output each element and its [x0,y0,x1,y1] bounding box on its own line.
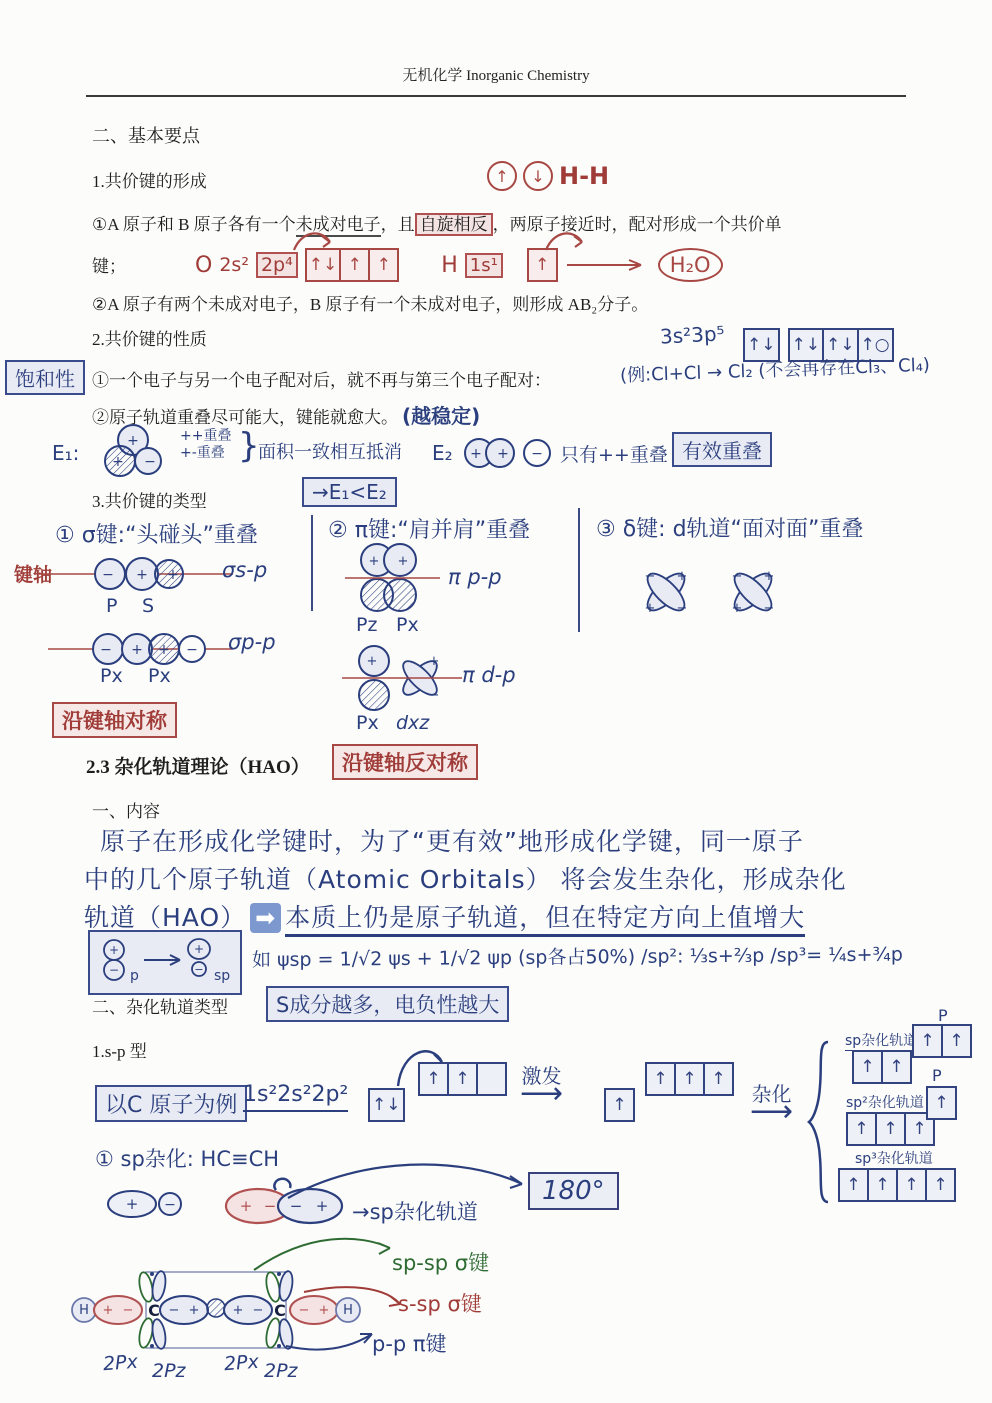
hao-content-heading: 一、内容 [92,797,160,822]
hao-para-line3-b: 本质上仍是原子轨道，但在特定方向上值增大 [285,903,805,937]
plus-sign: + [677,569,688,584]
spin-annotation: ↑ ↓ H-H [487,161,609,191]
orbital-cell: ↑ [927,1170,954,1200]
sp-components-diagram: + − [102,1182,202,1227]
orbital-cell [478,1064,505,1094]
angle-arrow-icon [272,1156,532,1200]
spin-down-icon: ↓ [523,161,553,191]
pi-pp-label: π p-p [448,565,502,589]
sigma-pp-diagram: − + + − [48,625,238,673]
hydrogen-1s-config: 1s¹ [465,253,503,278]
oxygen-2p-boxes: ↑↓ ↑ ↑ [305,248,400,282]
px-orbital-label: Px [356,712,379,734]
e1-overlap-diagram: + + − [93,423,173,481]
excitation-arrow-icon: ⟶ [520,1079,563,1109]
plus-sign: + [240,1197,253,1215]
orbital-cell: ↑ [928,1088,955,1118]
plus-sign: + [429,654,440,669]
carbon-example-box: 以C 原子为例 [95,1085,247,1122]
sigma-pp-label: σp-p [228,630,276,654]
orbital-cell: ↑ [883,1052,910,1082]
orbital-cell: ↑ [606,1090,633,1120]
px-orbital-label: Px [148,665,171,687]
pi-column-title: ② π键:“肩并肩”重叠 [328,513,530,544]
bond-angle-box: 180° [528,1172,619,1210]
carbon-2p-after-boxes: ↑ ↑ ↑ [645,1062,734,1096]
minus-sign: − [123,1303,134,1318]
p1-highlight-box: 自旋相反 [415,213,493,236]
orbital-label-2px: 2Px [102,1351,138,1375]
header-rule [86,95,906,97]
orbital-cell: ↑ [341,250,370,280]
sp-option-p-label: P [938,1006,948,1025]
plus-sign: + [109,943,119,957]
minus-sign: − [100,642,112,658]
orbital-cell: ↑ [705,1064,732,1094]
overlap-plus-minus: +-重叠 [180,445,231,462]
column-divider [578,508,580,632]
pi-pp-diagram: + + [345,543,445,613]
orbital-cell: ↑ [420,1064,449,1094]
minus-sign: − [169,1303,180,1318]
orbital-cell: ↑↓ [745,330,778,360]
minus-sign: − [531,446,543,462]
p-label: p [130,968,139,984]
plus-sign: + [158,642,170,658]
types-heading: 3.共价键的类型 [92,487,207,512]
orbital-cell: ↑ [840,1170,869,1200]
curved-arrow-icon [542,226,588,252]
orbital-cell: ↑↓ [370,1090,403,1120]
p-to-sp-box: + − p + − sp [88,930,242,995]
sp-option-boxes: ↑ ↑ [852,1050,912,1084]
formation-paragraph-2: ②A 原子有两个未成对电子，B 原子有一个未成对电子，则形成 AB₂分子。 [92,290,648,315]
dxz-orbital-label: dxz [396,712,429,734]
spsp-sigma-bond-label: sp-sp σ键 [392,1247,489,1277]
hao-para-line2: 中的几个原子轨道（Atomic Orbitals） 将会发生杂化，形成杂化 [84,860,847,896]
s-character-note: S成分越多，电负性越大 [266,986,509,1022]
brace-glyph: } [238,426,260,466]
carbon-2s-box: ↑↓ [368,1088,405,1122]
minus-sign: − [164,1197,176,1213]
plus-sign: + [764,569,775,584]
stability-note: (越稳定) [402,404,480,428]
orbital-label-2px: 2Px [223,1351,259,1375]
orbital-cell: ↑ [370,250,397,280]
orbital-label-2pz: 2Pz [264,1360,298,1382]
p1-continuation: 键； [92,252,126,277]
orbital-cell: ↑ [854,1052,883,1082]
plus-sign: + [367,654,378,669]
overlap-plus-plus: ++重叠 [180,428,231,445]
sp3-option-label: sp³杂化轨道 [855,1148,933,1169]
effective-overlap-box: 有效重叠 [672,432,772,467]
p1-text-a: ①A 原子和 B 原子各有一个 [92,215,296,234]
energy-compare-box: →E₁<E₂ [302,477,397,507]
section-basics-heading: 二、基本要点 [92,122,200,148]
options-brace-icon [806,1038,832,1206]
plus-sign: + [131,642,143,658]
sp-option-p-boxes: ↑ ↑ [912,1024,972,1058]
cancel-note: 面积一致相互抵消 [258,438,402,464]
p1-text-b: ，且 [381,215,415,234]
carbon-config: 1s²2s²2p² [243,1082,348,1112]
carbon-2p-boxes: ↑ ↑ [418,1062,507,1096]
minus-sign: − [677,601,688,616]
h-atom-label: H [79,1303,89,1318]
sp-type-heading: 1.s-p 型 [92,1037,147,1062]
plus-sign: + [112,454,124,470]
sp-option-label: sp杂化轨道 [845,1030,917,1051]
sp2-option-label: sp²杂化轨道 [846,1092,924,1113]
sp2-option-boxes: ↑ ↑ ↑ [846,1112,935,1146]
sigma-sp-label: σs-p [222,558,267,582]
minus-sign: − [109,963,119,977]
plus-sign: + [233,1303,244,1318]
formation-heading: 1.共价键的形成 [92,167,207,192]
e2-overlap-diagram: + + − [462,434,557,472]
orbital-cell: ↑ [848,1114,877,1144]
c-atom-label: C [274,1301,286,1320]
sp-label: sp [214,968,230,984]
hao-heading: 2.3 杂化轨道理论（HAO） [86,752,310,779]
minus-sign: − [144,454,156,470]
plus-sign: + [732,601,743,616]
sigma-column-title: ① σ键:“头碰头”重叠 [55,518,258,549]
orbital-cell: ↑ [877,1114,906,1144]
sigma-symmetry-note: 沿键轴对称 [52,702,177,738]
plus-sign: + [398,554,409,569]
oxygen-2p-config: 2p⁴ [256,252,298,278]
sp-wavefunction-formula: 如 ψsp = 1/√2 ψs + 1/√2 ψp (sp各占50%) /sp²… [252,939,992,972]
orbital-cell: ↑ [676,1064,705,1094]
plus-sign: + [645,601,656,616]
plus-sign: + [127,433,139,449]
orbital-label-2pz: 2Pz [152,1360,186,1382]
plus-sign: + [167,567,179,583]
sigma-sp-diagram: − + + [38,548,238,600]
reaction-arrow-icon [565,258,651,272]
e1-label: E₁: [52,441,79,465]
hybrid-types-heading: 二、杂化轨道类型 [92,993,228,1018]
curved-arrow-icon [290,226,336,252]
sp-orbit-arrow-label: →sp杂化轨道 [352,1196,478,1226]
sp2-option-p-label: P [932,1066,942,1085]
delta-dd-diagram: − + + − − + + − [618,552,808,632]
h-atom-label: H [343,1303,353,1318]
sp2-option-p-box: ↑ [926,1086,957,1120]
p-orbital-label: P [106,595,117,617]
overlap-kinds: ++重叠 +-重叠 [180,428,231,462]
arrow-chip-icon: ➡ [250,903,281,933]
notes-page: 无机化学 Inorganic Chemistry 二、基本要点 1.共价键的形成… [0,0,992,1403]
h2o-product: H₂O [658,248,723,282]
plus-sign: + [103,1303,114,1318]
sp-case-heading: ① sp杂化: HC≡CH [95,1143,279,1173]
minus-sign: − [194,963,203,976]
pp-pi-bond-label: p-p π键 [372,1328,447,1358]
c-atom-label: C [148,1301,160,1320]
plus-sign: + [319,1303,330,1318]
plus-sign: + [497,446,509,462]
minus-sign: − [186,642,198,658]
plus-sign: + [470,446,482,462]
pp-arrow-icon [282,1326,382,1354]
effective-note: 只有++重叠 → [560,440,690,467]
pi-antisymmetry-note: 沿键轴反对称 [332,744,478,780]
properties-paragraph-1: ①一个电子与另一个电子配对后，就不再与第三个电子配对： [92,366,551,391]
pi-dp-label: π d-p [462,663,516,687]
oxygen-2s-config: 2s² [219,254,249,276]
px-orbital-label: Px [396,614,419,636]
orbital-cell: ↑ [869,1170,898,1200]
oxygen-symbol: O [195,253,212,278]
spin-up-icon: ↑ [487,161,517,191]
minus-sign: − [299,1303,310,1318]
oh-config-diagram: O 2s² 2p⁴ ↑↓ ↑ ↑ H 1s¹ ↑ H₂O [195,248,723,282]
page-title: 无机化学 Inorganic Chemistry [0,64,992,85]
e2-label: E₂ [432,441,453,465]
sp3-option-boxes: ↑ ↑ ↑ ↑ [838,1168,956,1202]
plus-sign: + [136,567,148,583]
hybridization-arrow-icon: ⟶ [750,1097,793,1127]
orbital-cell: ↑ [914,1026,943,1056]
hao-para-line3: 轨道（HAO）➡本质上仍是原子轨道，但在特定方向上值增大 [84,898,805,934]
minus-sign: − [764,601,775,616]
minus-sign: − [429,688,440,703]
pz-orbital-label: Pz [356,614,377,636]
minus-sign: − [102,567,114,583]
column-divider [311,515,313,611]
cl-example-note: (例:Cl+Cl → Cl₂ (不会再存在Cl₃、Cl₄) [620,350,992,390]
hh-label: H-H [559,162,609,190]
cl-config-label: 3s²3p⁵ [659,321,725,348]
plus-sign: + [369,554,380,569]
delta-column-title: ③ δ键: d轨道“面对面”重叠 [596,512,863,543]
plus-sign: + [194,942,204,956]
saturation-badge: 饱和性 [5,360,85,395]
minus-sign: − [253,1303,264,1318]
pi-dp-diagram: + + − [342,643,467,715]
minus-sign: − [732,569,743,584]
orbital-cell: ↑ [898,1170,927,1200]
hydrogen-symbol: H [441,253,458,278]
plus-sign: + [126,1195,139,1213]
orbital-cell: ↑ [647,1064,676,1094]
orbital-cell: ↑↓ [307,250,342,280]
s-orbital-label: S [142,595,154,617]
hao-para-line3-a: 轨道（HAO） [84,903,246,932]
hydrogen-1s-box: ↑ [527,248,558,282]
carbon-2s-after-box: ↑ [604,1088,635,1122]
orbital-cell: ↑ [529,250,556,280]
hybridization-step: 杂化 ⟶ [750,1084,793,1127]
formation-paragraph-1: ①A 原子和 B 原子各有一个未成对电子，且自旋相反，两原子接近时，配对形成一个… [92,204,927,246]
p1-text-c: ，两原子接近时，配对形成一个共价单 [493,215,782,234]
orbital-cell: ↑ [449,1064,478,1094]
minus-sign: − [645,569,656,584]
px-orbital-label: Px [100,665,123,687]
properties-heading: 2.共价键的性质 [92,325,207,350]
hao-para-line1: 原子在形成化学键时，为了“更有效”地形成化学键，同一原子 [100,822,804,858]
plus-sign: + [189,1303,200,1318]
p-to-sp-diagram: + − p + − sp [96,936,234,984]
excitation-step: 激发 ⟶ [520,1066,563,1109]
ssp-sigma-bond-label: s-sp σ键 [398,1288,482,1318]
orbital-cell: ↑ [943,1026,970,1056]
